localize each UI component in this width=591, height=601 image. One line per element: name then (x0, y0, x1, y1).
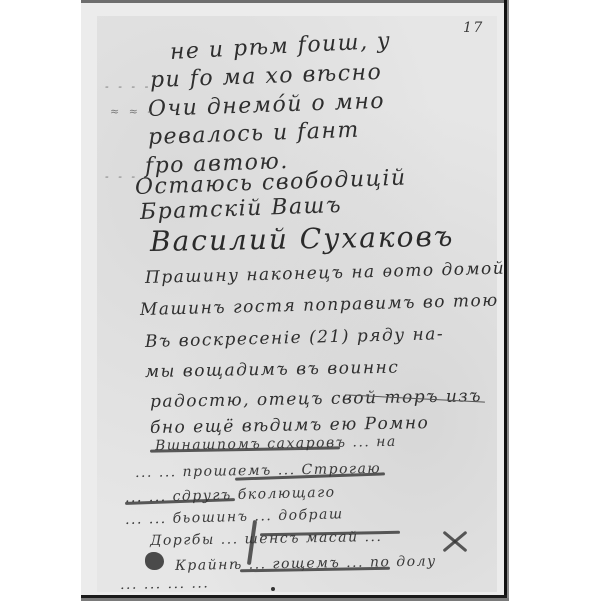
page-right-shadow (507, 0, 509, 601)
marginal-marks: ‑ ‑ ‑ (105, 170, 138, 183)
marginal-marks: ≈ ≈ - (110, 105, 154, 118)
page-marker: 17 (463, 20, 484, 36)
struck-line: ... ... ... ... (120, 575, 210, 593)
page-top-border (81, 0, 507, 3)
signature: Василий Сухаковъ (150, 220, 455, 258)
ink-blot (145, 552, 164, 570)
ink-dot (271, 587, 275, 591)
marginal-marks: - - - - (105, 80, 151, 93)
